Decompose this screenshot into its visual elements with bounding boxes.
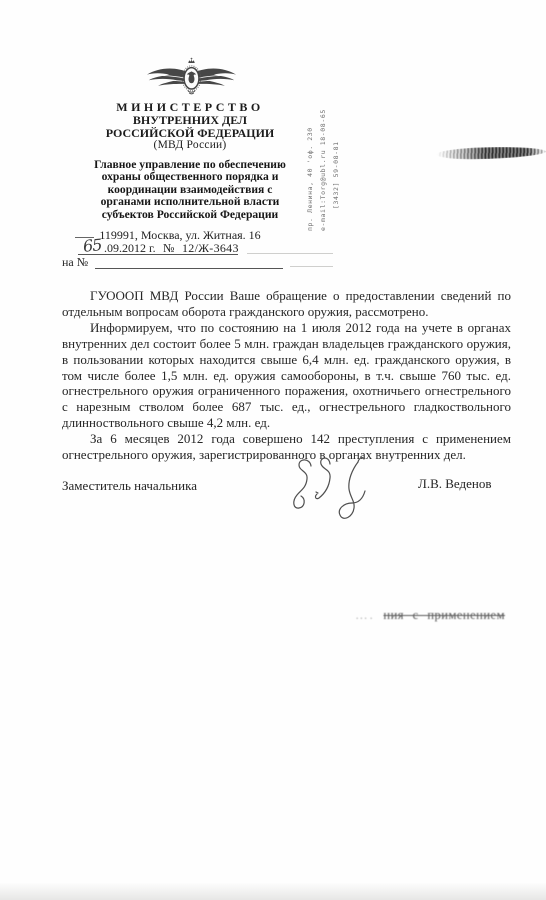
scanned-letter-page: МИНИСТЕРСТВО ВНУТРЕННИХ ДЕЛ РОССИЙСКОЙ Ф… [0, 0, 546, 900]
division-name: Главное управление по обеспечению охраны… [38, 159, 342, 221]
ministry-line-3: РОССИЙСКОЙ ФЕДЕРАЦИИ [38, 127, 342, 140]
bleed-through-text: …. ния с применением [300, 608, 505, 623]
signer-name: Л.В. Веденов [418, 476, 492, 492]
reply-underline [95, 268, 283, 269]
ministry-line-2: ВНУТРЕННИХ ДЕЛ [38, 114, 342, 127]
division-line-4: органами исполнительной власти [38, 196, 342, 208]
paragraph-2: Информируем, что по состоянию на 1 июля … [62, 320, 511, 431]
fax-stamp-line-3: [3432] 59-08-81 [330, 100, 343, 231]
ministry-header: МИНИСТЕРСТВО ВНУТРЕННИХ ДЕЛ РОССИЙСКОЙ Ф… [38, 101, 342, 152]
fax-stamp-line-1: пр. Ленина, 40 'оф. 230 [304, 100, 317, 231]
signer-title: Заместитель начальника [62, 478, 197, 494]
reply-to-label: на № [62, 255, 88, 270]
handwritten-day: 65 [82, 235, 102, 256]
fax-reception-stamp: пр. Ленина, 40 'оф. 230 e-mail:Torg@ubl.… [304, 100, 344, 231]
division-line-5: субъектов Российской Федерации [38, 209, 342, 221]
date-underline-faint [247, 253, 333, 254]
scan-smudge-artifact [436, 146, 546, 161]
postal-address: 119991, Москва, ул. Житная. 16 [30, 228, 330, 243]
scan-edge-shading [0, 882, 546, 900]
ministry-line-1: МИНИСТЕРСТВО [38, 101, 342, 114]
fax-stamp-line-2: e-mail:Torg@ubl.ru 18-08-65 [317, 100, 330, 231]
letter-body: ГУОООП МВД России Ваше обращение о предо… [62, 288, 511, 463]
reply-underline-faint [290, 266, 333, 267]
bleed-through-words: ния с применением [383, 608, 505, 622]
division-line-2: охраны общественного порядка и [38, 171, 342, 183]
date-underline [78, 254, 238, 255]
paragraph-1: ГУОООП МВД России Ваше обращение о предо… [62, 288, 511, 320]
mvd-double-eagle-emblem-icon [145, 57, 238, 96]
bleed-through-dots: …. [355, 608, 375, 622]
handwritten-signature [286, 452, 386, 532]
ministry-abbr: (МВД России) [38, 139, 342, 152]
